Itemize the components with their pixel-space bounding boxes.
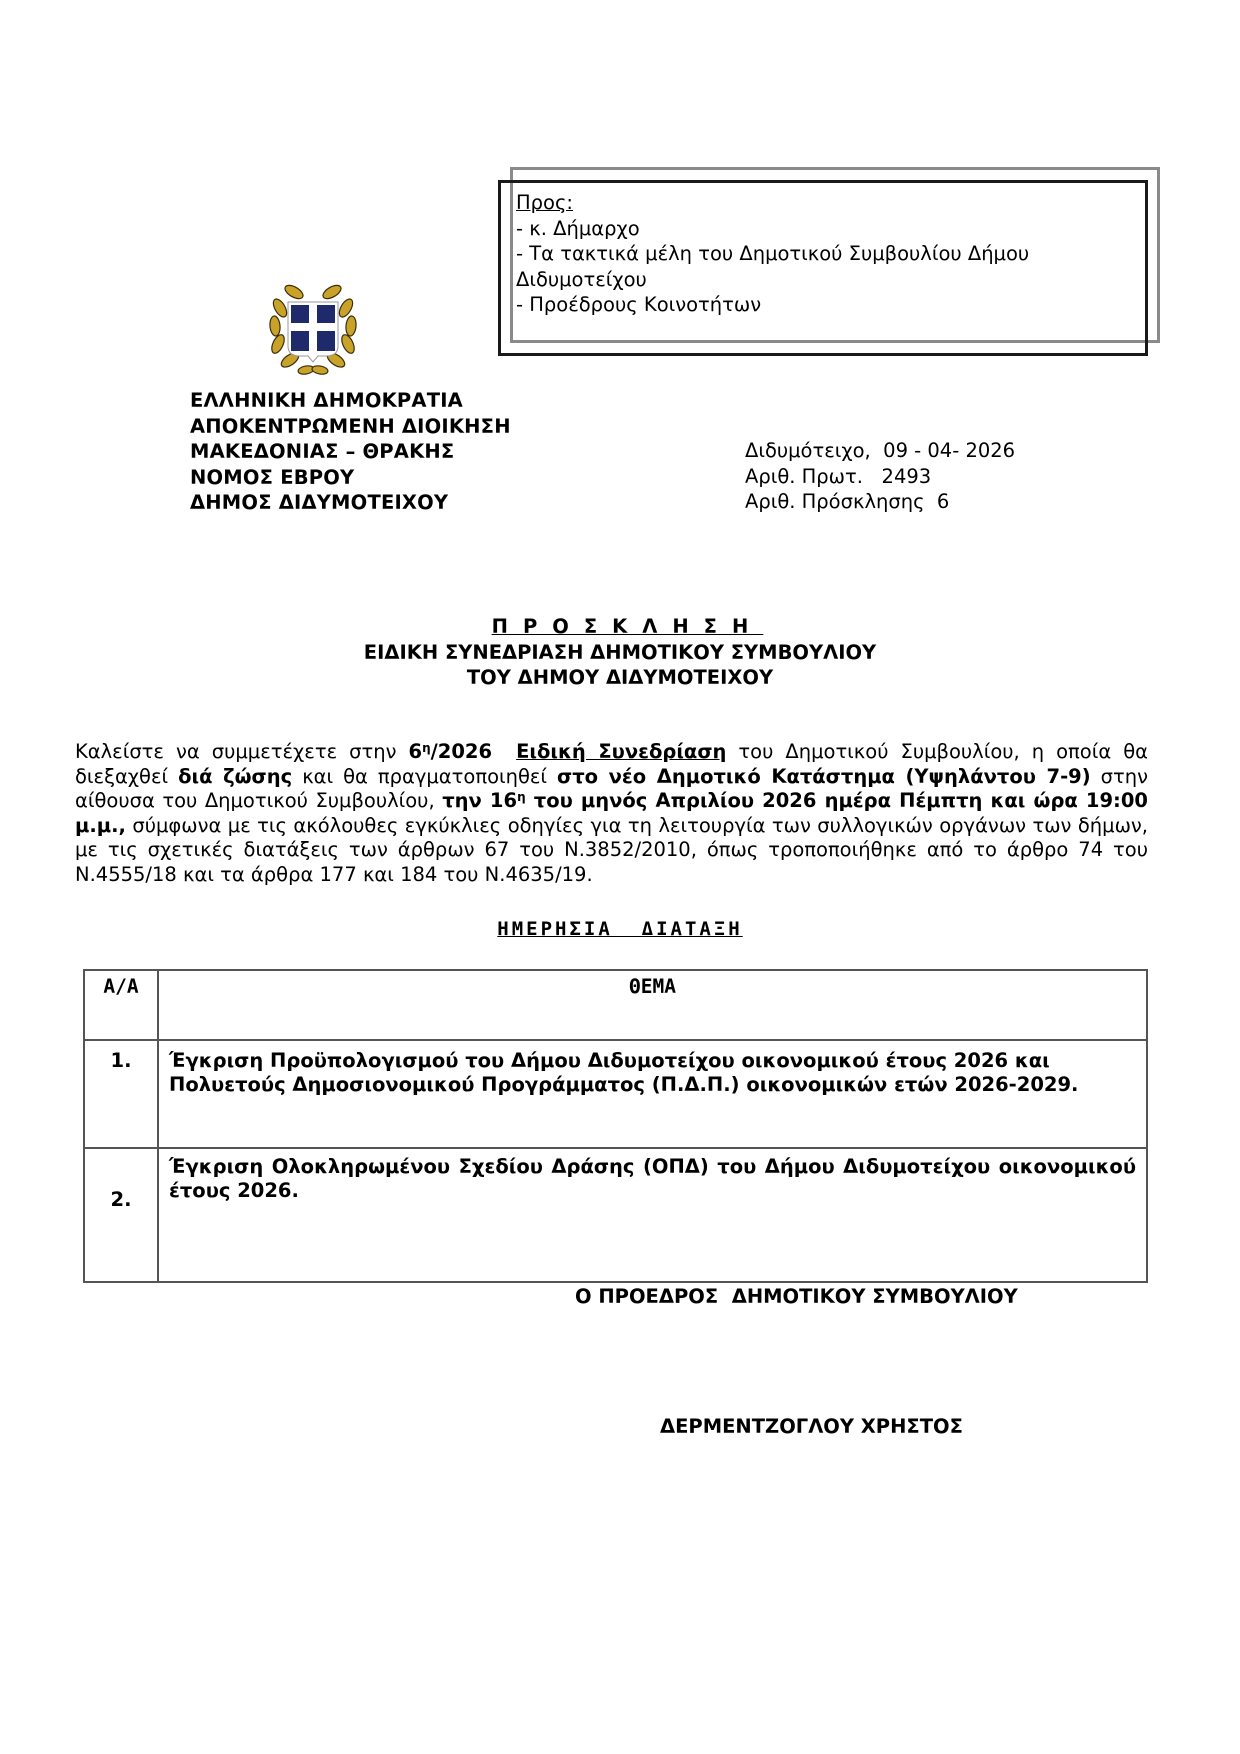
session-number: 6η/2026 [409,740,493,763]
recipient-header: Προς: [516,190,1136,216]
meeting-mode: διά ζώσης [178,765,292,788]
column-header-topic: ΘΕΜΑ [158,970,1147,1040]
item-topic: Έγκριση Προϋπολογισμού του Δήμου Διδυμοτ… [158,1040,1147,1148]
invitation-heading: ΠΡΟΣΚΛΗΣΗ [477,615,764,638]
place-date: Διδυμότειχο, 09 - 04- 2026 [745,439,1015,462]
document-title: ΠΡΟΣΚΛΗΣΗ ΕΙΔΙΚΗ ΣΥΝΕΔΡΙΑΣΗ ΔΗΜΟΤΙΚΟΥ ΣΥ… [0,614,1240,691]
agenda-header-row: Α/Α ΘΕΜΑ [84,970,1147,1040]
authority-line: ΑΠΟΚΕΝΤΡΩΜΕΝΗ ΔΙΟΙΚΗΣΗ [190,414,511,440]
invitation-body: Καλείστε να συμμετέχετε στην 6η/2026 Ειδ… [75,740,1148,887]
recipient-line: - Τα τακτικά μέλη του Δημοτικού Συμβουλί… [516,241,1136,267]
table-row: 2. Έγκριση Ολοκληρωμένου Σχεδίου Δράσης … [84,1148,1147,1282]
session-heading: ΕΙΔΙΚΗ ΣΥΝΕΔΡΙΑΣΗ ΔΗΜΟΤΙΚΟΥ ΣΥΜΒΟΥΛΙΟΥ [0,640,1240,666]
authority-line: ΝΟΜΟΣ ΕΒΡΟΥ [190,465,511,491]
invitation-number: Αριθ. Πρόσκλησης 6 [745,490,949,513]
item-topic: Έγκριση Ολοκληρωμένου Σχεδίου Δράσης (ΟΠ… [158,1148,1147,1282]
authority-line: ΕΛΛΗΝΙΚΗ ΔΗΜΟΚΡΑΤΙΑ [190,388,511,414]
body-text: Καλείστε να συμμετέχετε στην [75,740,409,763]
recipient-list: Προς: - κ. Δήμαρχο - Τα τακτικά μέλη του… [516,190,1136,318]
document-meta: Διδυμότειχο, 09 - 04- 2026 Αριθ. Πρωτ. 2… [745,438,1015,515]
recipient-line: - Προέδρους Κοινοτήτων [516,292,1136,318]
session-type: Ειδική Συνεδρίαση [516,740,726,763]
item-number: 2. [84,1148,158,1282]
municipality-heading: ΤΟΥ ΔΗΜΟΥ ΔΙΔΥΜΟΤΕΙΧΟΥ [0,665,1240,691]
protocol-number: Αριθ. Πρωτ. 2493 [745,465,931,488]
authority-line: ΜΑΚΕΔΟΝΙΑΣ – ΘΡΑΚΗΣ [190,439,511,465]
signatory-title: Ο ΠΡΟΕΔΡΟΣ ΔΗΜΟΤΙΚΟΥ ΣΥΜΒΟΥΛΙΟΥ [575,1285,1018,1308]
authority-line: ΔΗΜΟΣ ΔΙΔΥΜΟΤΕΙΧΟΥ [190,490,511,516]
recipient-line: - κ. Δήμαρχο [516,216,1136,242]
body-text: σύμφωνα με τις ακόλουθες εγκύκλιες οδηγί… [75,814,1148,886]
column-header-number: Α/Α [84,970,158,1040]
meeting-location: στο νέο Δημοτικό Κατάστημα (Υψηλάντου 7-… [557,765,1091,788]
recipient-line: Διδυμοτείχου [516,267,1136,293]
item-number: 1. [84,1040,158,1148]
body-text: και θα πραγματοποιηθεί [292,765,557,788]
signatory-name: ΔΕΡΜΕΝΤΖΟΓΛΟΥ ΧΡΗΣΤΟΣ [660,1415,963,1438]
issuing-authority: ΕΛΛΗΝΙΚΗ ΔΗΜΟΚΡΑΤΙΑ ΑΠΟΚΕΝΤΡΩΜΕΝΗ ΔΙΟΙΚΗ… [190,388,511,516]
agenda-heading: ΗΜΕΡΗΣΙΑ ΔΙΑΤΑΞΗ [0,918,1240,940]
table-row: 1. Έγκριση Προϋπολογισμού του Δήμου Διδυ… [84,1040,1147,1148]
agenda-table: Α/Α ΘΕΜΑ 1. Έγκριση Προϋπολογισμού του Δ… [83,969,1148,1283]
greek-coat-of-arms-icon [268,278,358,378]
